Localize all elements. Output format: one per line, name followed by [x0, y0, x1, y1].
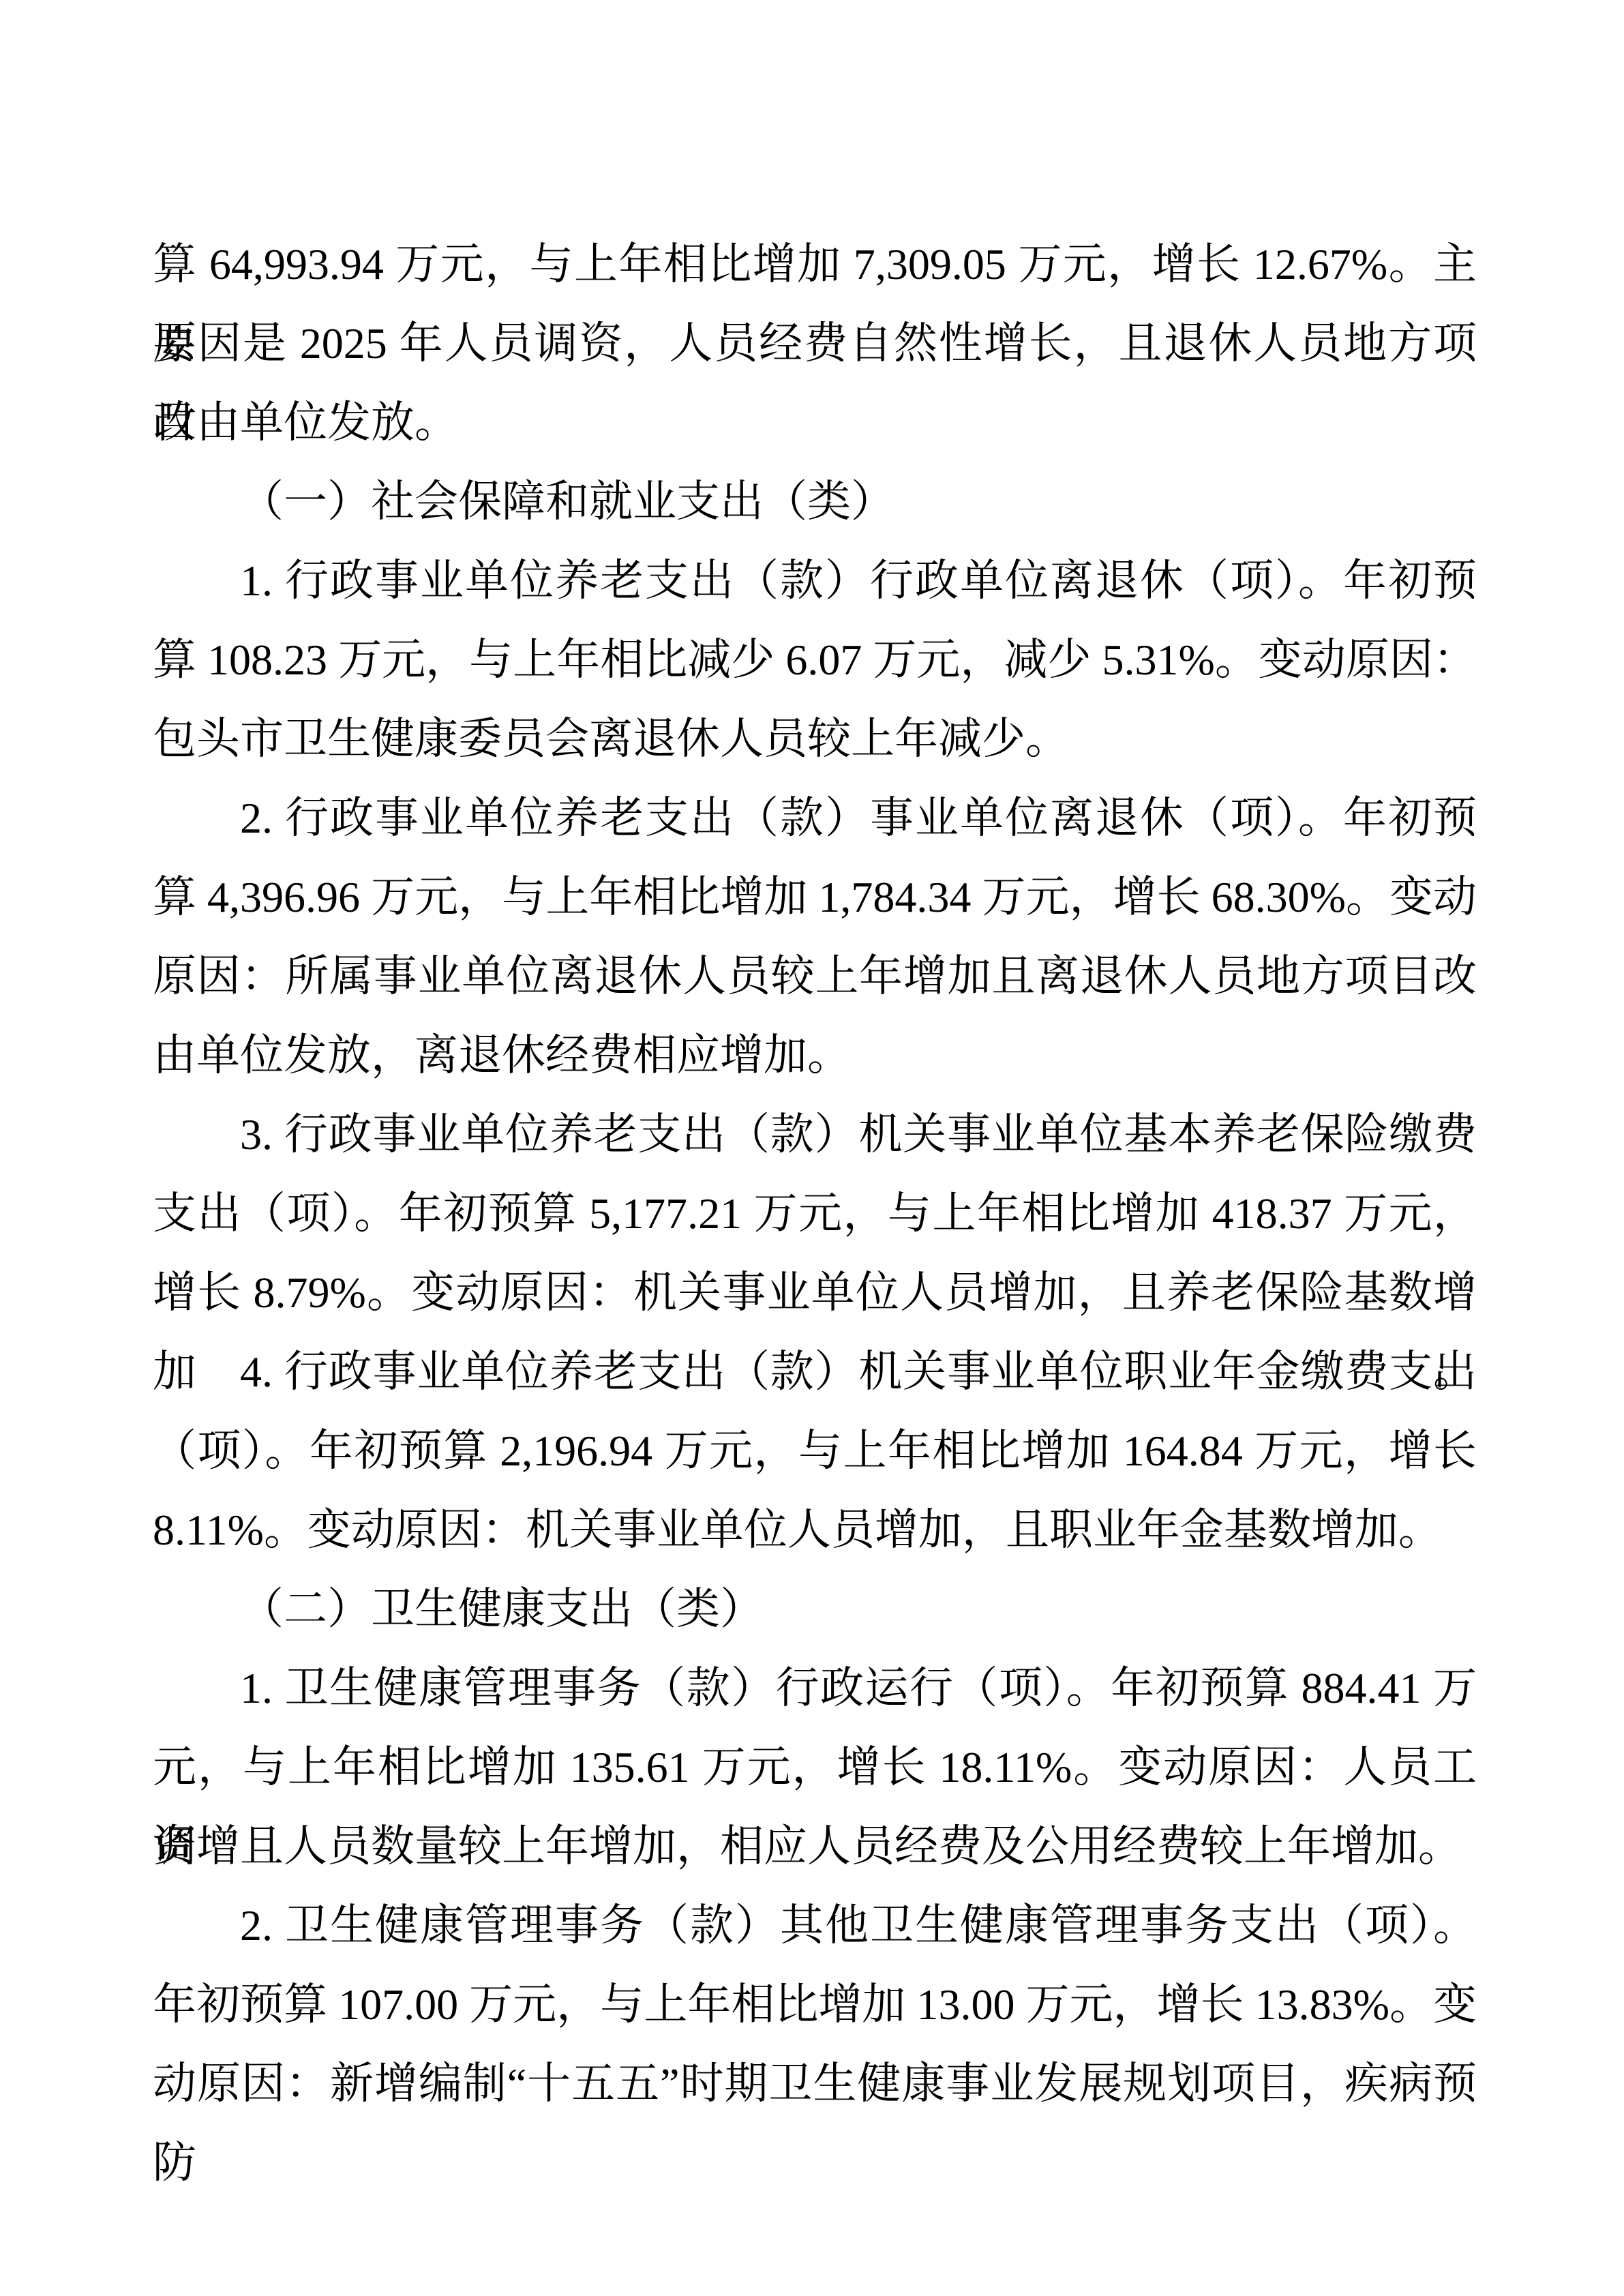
text-line: 改由单位发放。	[153, 383, 1477, 462]
text-line: 动原因：新增编制“十五五”时期卫生健康事业发展规划项目，疾病预防	[153, 2044, 1477, 2123]
text-line: 支出（项）。年初预算 5,177.21 万元，与上年相比增加 418.37 万元…	[153, 1174, 1477, 1253]
text-line: 增长 8.79%。变动原因：机关事业单位人员增加，且养老保险基数增加。	[153, 1253, 1477, 1332]
text-line: （项）。年初预算 2,196.94 万元，与上年相比增加 164.84 万元，增…	[153, 1412, 1477, 1491]
text-line: 2. 行政事业单位养老支出（款）事业单位离退休（项）。年初预	[153, 779, 1477, 858]
text-line: 由单位发放，离退休经费相应增加。	[153, 1016, 1477, 1095]
text-line: 算 108.23 万元，与上年相比减少 6.07 万元，减少 5.31%。变动原…	[153, 621, 1477, 700]
document-page: 算 64,993.94 万元，与上年相比增加 7,309.05 万元，增长 12…	[0, 0, 1624, 2296]
text-line: 算 4,396.96 万元，与上年相比增加 1,784.34 万元，增长 68.…	[153, 858, 1477, 937]
document-text-block: 算 64,993.94 万元，与上年相比增加 7,309.05 万元，增长 12…	[153, 225, 1477, 2123]
text-line: 算 64,993.94 万元，与上年相比增加 7,309.05 万元，增长 12…	[153, 225, 1477, 304]
text-line: 包头市卫生健康委员会离退休人员较上年减少。	[153, 700, 1477, 779]
text-line: 8.11%。变动原因：机关事业单位人员增加，且职业年金基数增加。	[153, 1491, 1477, 1570]
text-line: 2. 卫生健康管理事务（款）其他卫生健康管理事务支出（项）。	[153, 1886, 1477, 1965]
text-line: 1. 行政事业单位养老支出（款）行政单位离退休（项）。年初预	[153, 541, 1477, 621]
text-line: 1. 卫生健康管理事务（款）行政运行（项）。年初预算 884.41 万	[153, 1649, 1477, 1728]
text-line: 原因是 2025 年人员调资，人员经费自然性增长，且退休人员地方项目	[153, 304, 1477, 383]
text-line: 4. 行政事业单位养老支出（款）机关事业单位职业年金缴费支出	[153, 1332, 1477, 1412]
text-line: 3. 行政事业单位养老支出（款）机关事业单位基本养老保险缴费	[153, 1095, 1477, 1174]
text-line: 年初预算 107.00 万元，与上年相比增加 13.00 万元，增长 13.83…	[153, 1965, 1477, 2044]
text-line: 元，与上年相比增加 135.61 万元，增长 18.11%。变动原因：人员工资	[153, 1728, 1477, 1807]
text-line: 原因：所属事业单位离退休人员较上年增加且离退休人员地方项目改	[153, 937, 1477, 1016]
section-heading-line: （一）社会保障和就业支出（类）	[153, 462, 1477, 541]
text-line: 调增且人员数量较上年增加，相应人员经费及公用经费较上年增加。	[153, 1807, 1477, 1886]
section-heading-line: （二）卫生健康支出（类）	[153, 1570, 1477, 1649]
